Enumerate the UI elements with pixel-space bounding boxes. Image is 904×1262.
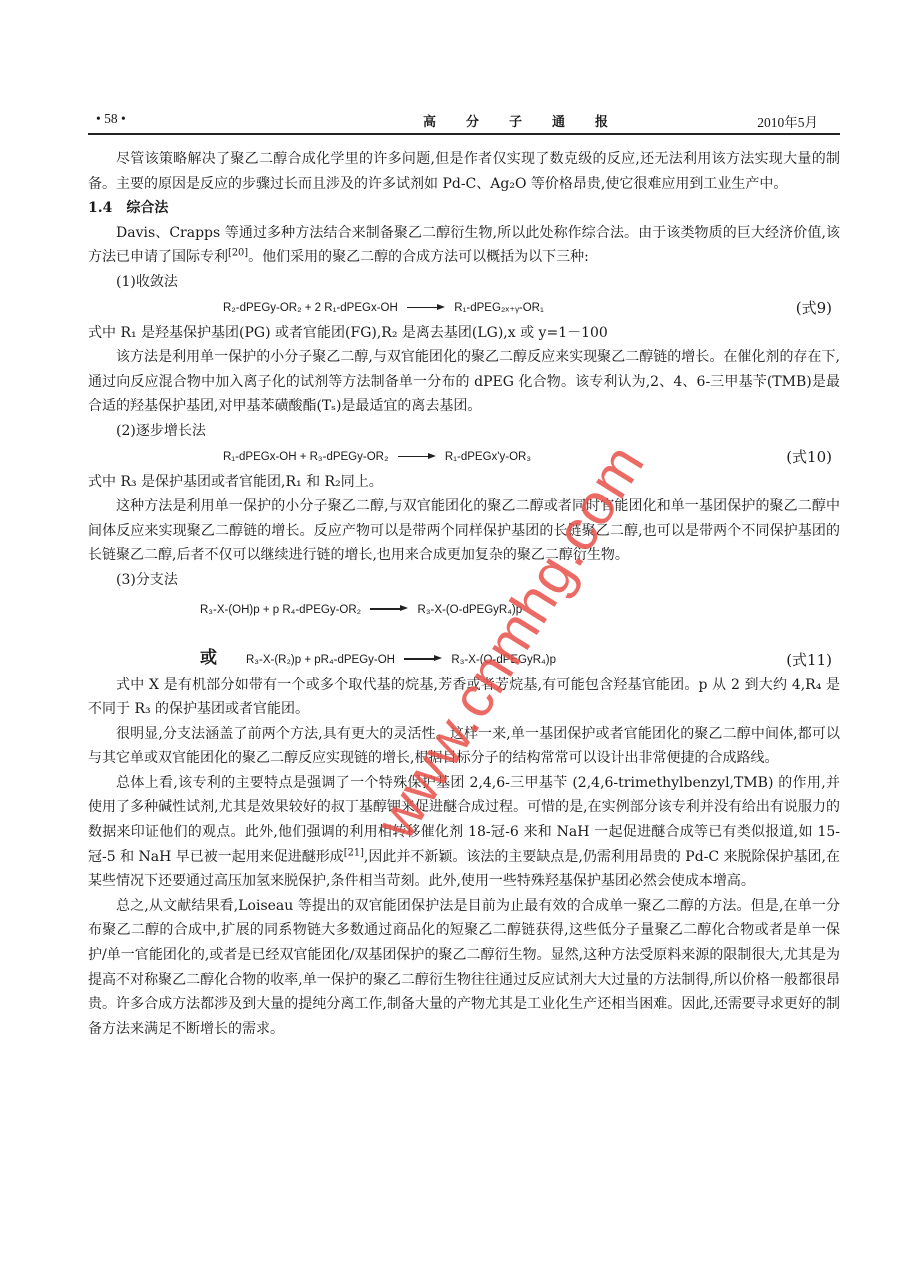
equation-11-label: (式11) bbox=[786, 647, 832, 673]
article-body: 尽管该策略解决了聚乙二醇合成化学里的许多问题,但是作者仅实现了数克级的反应,还无… bbox=[88, 147, 840, 1041]
reaction-arrow-icon bbox=[404, 654, 442, 664]
equation-11a-lhs: R₃-X-(OH)p + p R₄-dPEGy-OR₂ bbox=[200, 604, 361, 616]
journal-page: • 58 • 高分子通报 2010年5月 尽管该策略解决了聚乙二醇合成化学里的许… bbox=[0, 0, 904, 1262]
method-1-title: (1)收敛法 bbox=[88, 270, 840, 295]
citation-20: [20] bbox=[228, 248, 248, 259]
header-rule bbox=[88, 133, 840, 135]
equation-9-expression: R₂-dPEGy-OR₂ + 2 R₁-dPEGx-OH R₁-dPEG₂ₓ₊ᵧ… bbox=[223, 295, 544, 321]
equation-10-lhs: R₁-dPEGx-OH + R₃-dPEGy-OR₂ bbox=[223, 451, 388, 463]
journal-title: 高分子通报 bbox=[423, 111, 638, 130]
paragraph-1: 尽管该策略解决了聚乙二醇合成化学里的许多问题,但是作者仅实现了数克级的反应,还无… bbox=[88, 147, 840, 196]
equation-9-label: (式9) bbox=[796, 295, 832, 321]
issue-date: 2010年5月 bbox=[757, 111, 818, 131]
running-header: • 58 • 高分子通报 2010年5月 bbox=[88, 111, 840, 133]
reaction-arrow-icon bbox=[407, 303, 445, 313]
equation-9-lhs: R₂-dPEGy-OR₂ + 2 R₁-dPEGx-OH bbox=[223, 302, 398, 314]
equation-11a: R₃-X-(OH)p + p R₄-dPEGy-OR₂ R₃-X-(O-dPEG… bbox=[88, 593, 840, 647]
paragraph-3: 该方法是利用单一保护的小分子聚乙二醇,与双官能团化的聚乙二醇反应来实现聚乙二醇链… bbox=[88, 345, 840, 419]
paragraph-6: 总体上看,该专利的主要特点是强调了一个特殊保护基团 2,4,6-三甲基苄 (2,… bbox=[88, 771, 840, 894]
paragraph-2-text-b: 。他们采用的聚乙二醇的合成方法可以概括为以下三种: bbox=[248, 249, 589, 265]
paragraph-4: 这种方法是利用单一保护的小分子聚乙二醇,与双官能团化的聚乙二醇或者同时官能团化和… bbox=[88, 494, 840, 568]
reaction-arrow-icon bbox=[398, 452, 436, 462]
equation-10-rhs: R₁-dPEGx'y-OR₃ bbox=[445, 451, 531, 463]
equation-10-expression: R₁-dPEGx-OH + R₃-dPEGy-OR₂ R₁-dPEGx'y-OR… bbox=[223, 444, 531, 470]
equation-9: R₂-dPEGy-OR₂ + 2 R₁-dPEGx-OH R₁-dPEG₂ₓ₊ᵧ… bbox=[88, 295, 840, 321]
equation-11b-or: 或 bbox=[200, 645, 217, 671]
equation-9-note: 式中 R₁ 是羟基保护基团(PG) 或者官能团(FG),R₂ 是离去基团(LG)… bbox=[88, 321, 840, 346]
equation-9-rhs: R₁-dPEG₂ₓ₊ᵧ-OR₁ bbox=[454, 302, 544, 314]
equation-10: R₁-dPEGx-OH + R₃-dPEGy-OR₂ R₁-dPEGx'y-OR… bbox=[88, 444, 840, 470]
equation-10-label: (式10) bbox=[786, 444, 832, 470]
method-3-title: (3)分支法 bbox=[88, 568, 840, 593]
citation-21: [21] bbox=[344, 847, 364, 858]
page-number: • 58 • bbox=[96, 111, 126, 127]
equation-11b-lhs: R₃-X-(R₂)p + pR₄-dPEGy-OH bbox=[246, 654, 395, 666]
equation-10-note: 式中 R₃ 是保护基团或者官能团,R₁ 和 R₂同上。 bbox=[88, 470, 840, 495]
paragraph-2: Davis、Crapps 等通过多种方法结合来制备聚乙二醇衍生物,所以此处称作综… bbox=[88, 221, 840, 270]
paragraph-7: 总之,从文献结果看,Loiseau 等提出的双官能团保护法是目前为止最有效的合成… bbox=[88, 894, 840, 1042]
section-heading: 1.4 综合法 bbox=[88, 196, 840, 221]
method-2-title: (2)逐步增长法 bbox=[88, 419, 840, 444]
equation-11a-expression: R₃-X-(OH)p + p R₄-dPEGy-OR₂ R₃-X-(O-dPEG… bbox=[200, 597, 522, 623]
reaction-arrow-icon bbox=[370, 604, 408, 614]
